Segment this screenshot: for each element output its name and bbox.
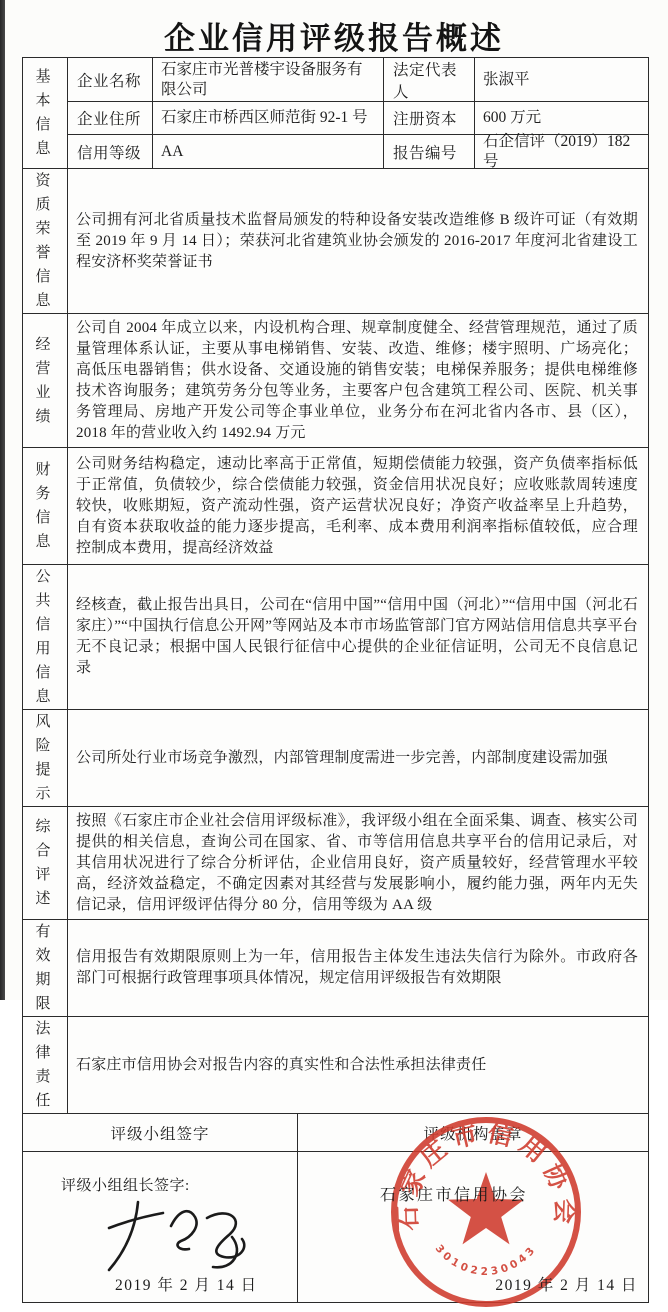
- section-content: 公司所处行业市场竞争激烈，内部管理制度需进一步完善，内部制度建设需加强: [68, 710, 649, 807]
- section-content: 公司财务结构稳定，速动比率高于正常值，短期偿债能力较强，资产负债率指标低于正常值…: [68, 448, 649, 565]
- section-label: 资质荣誉信息: [23, 169, 68, 314]
- section-business-performance: 经营业绩 公司自 2004 年成立以来，内设机构合理、规章制度健全、经营管理规范…: [23, 314, 649, 448]
- field-value-credit-grade: AA: [153, 135, 384, 169]
- section-qualification-honor: 资质荣誉信息 公司拥有河北省质量技术监督局颁发的特种设备安装改造维修 B 级许可…: [23, 169, 649, 314]
- basic-info-block: 基本信息 企业名称 石家庄市光普楼宇设备服务有限公司 法定代表人 张淑平 企业住…: [23, 58, 649, 169]
- signature-cell-left: 评级小组组长签字: 2019 年 2 月 14 日: [23, 1152, 298, 1303]
- section-label: 有效期限: [23, 920, 68, 1017]
- field-value-legal-rep: 张淑平: [475, 58, 649, 102]
- section-label-basic: 基本信息: [23, 58, 68, 169]
- field-label-registered-capital: 注册资本: [384, 102, 475, 135]
- section-label: 综合评述: [23, 807, 68, 920]
- page-title: 企业信用评级报告概述: [0, 13, 668, 58]
- sign-header-left: 评级小组签字: [23, 1114, 298, 1152]
- section-label: 法律责任: [23, 1017, 68, 1114]
- section-public-credit-info: 公共信用信息 经核查，截止报告出具日，公司在“信用中国”“信用中国（河北）”“信…: [23, 565, 649, 710]
- signature-date-right: 2019 年 2 月 14 日: [495, 1273, 638, 1295]
- field-label-address: 企业住所: [68, 102, 153, 135]
- report-page: 企业信用评级报告概述 基本信息 企业名称 石家庄市光普楼宇设备服务有限公司 法定…: [0, 0, 668, 1000]
- signature-cell-right: 石家庄市信用协会 石家庄市信用协会 1301022300430 20: [298, 1152, 649, 1303]
- field-value-address: 石家庄市桥西区师范街 92-1 号: [153, 102, 384, 135]
- section-financial-info: 财务信息 公司财务结构稳定，速动比率高于正常值，短期偿债能力较强，资产负债率指标…: [23, 448, 649, 565]
- scan-edge-artifact: [0, 0, 5, 1000]
- field-label-credit-grade: 信用等级: [68, 135, 153, 169]
- section-content: 信用报告有效期限原则上为一年，信用报告主体发生违法失信行为除外。市政府各部门可根…: [68, 920, 649, 1017]
- section-legal-responsibility: 法律责任 石家庄市信用协会对报告内容的真实性和合法性承担法律责任: [23, 1017, 649, 1114]
- field-value-company-name: 石家庄市光普楼宇设备服务有限公司: [153, 58, 384, 102]
- handwritten-signature: [101, 1196, 261, 1278]
- section-risk-warning: 风险提示 公司所处行业市场竞争激烈，内部管理制度需进一步完善，内部制度建设需加强: [23, 710, 649, 807]
- field-value-registered-capital: 600 万元: [475, 102, 649, 135]
- field-label-report-number: 报告编号: [384, 135, 475, 169]
- signature-row: 评级小组组长签字: 2019 年 2 月 14 日 石家庄市信用协会: [23, 1152, 649, 1303]
- field-value-report-number: 石企信评（2019）182 号: [475, 135, 649, 169]
- section-content: 按照《石家庄市企业社会信用评级标准》，我评级小组在全面采集、调查、核实公司提供的…: [68, 807, 649, 920]
- section-label: 财务信息: [23, 448, 68, 565]
- section-validity-period: 有效期限 信用报告有效期限原则上为一年，信用报告主体发生违法失信行为除外。市政府…: [23, 920, 649, 1017]
- leader-sign-label: 评级小组组长签字:: [61, 1174, 190, 1195]
- section-label: 风险提示: [23, 710, 68, 807]
- section-content: 公司自 2004 年成立以来，内设机构合理、规章制度健全、经营管理规范，通过了质…: [68, 314, 649, 448]
- field-label-company-name: 企业名称: [68, 58, 153, 102]
- section-comprehensive-review: 综合评述 按照《石家庄市企业社会信用评级标准》，我评级小组在全面采集、调查、核实…: [23, 807, 649, 920]
- field-label-legal-rep: 法定代表人: [384, 58, 475, 102]
- rating-table: 基本信息 企业名称 石家庄市光普楼宇设备服务有限公司 法定代表人 张淑平 企业住…: [22, 57, 649, 1303]
- section-content: 公司拥有河北省质量技术监督局颁发的特种设备安装改造维修 B 级许可证（有效期至 …: [68, 169, 649, 314]
- org-name-text: 石家庄市信用协会: [380, 1182, 528, 1205]
- section-label: 经营业绩: [23, 314, 68, 448]
- signature-date-left: 2019 年 2 月 14 日: [115, 1273, 258, 1295]
- section-content: 石家庄市信用协会对报告内容的真实性和合法性承担法律责任: [68, 1017, 649, 1114]
- section-content: 经核查，截止报告出具日，公司在“信用中国”“信用中国（河北）”“信用中国（河北石…: [68, 565, 649, 710]
- section-label: 公共信用信息: [23, 565, 68, 710]
